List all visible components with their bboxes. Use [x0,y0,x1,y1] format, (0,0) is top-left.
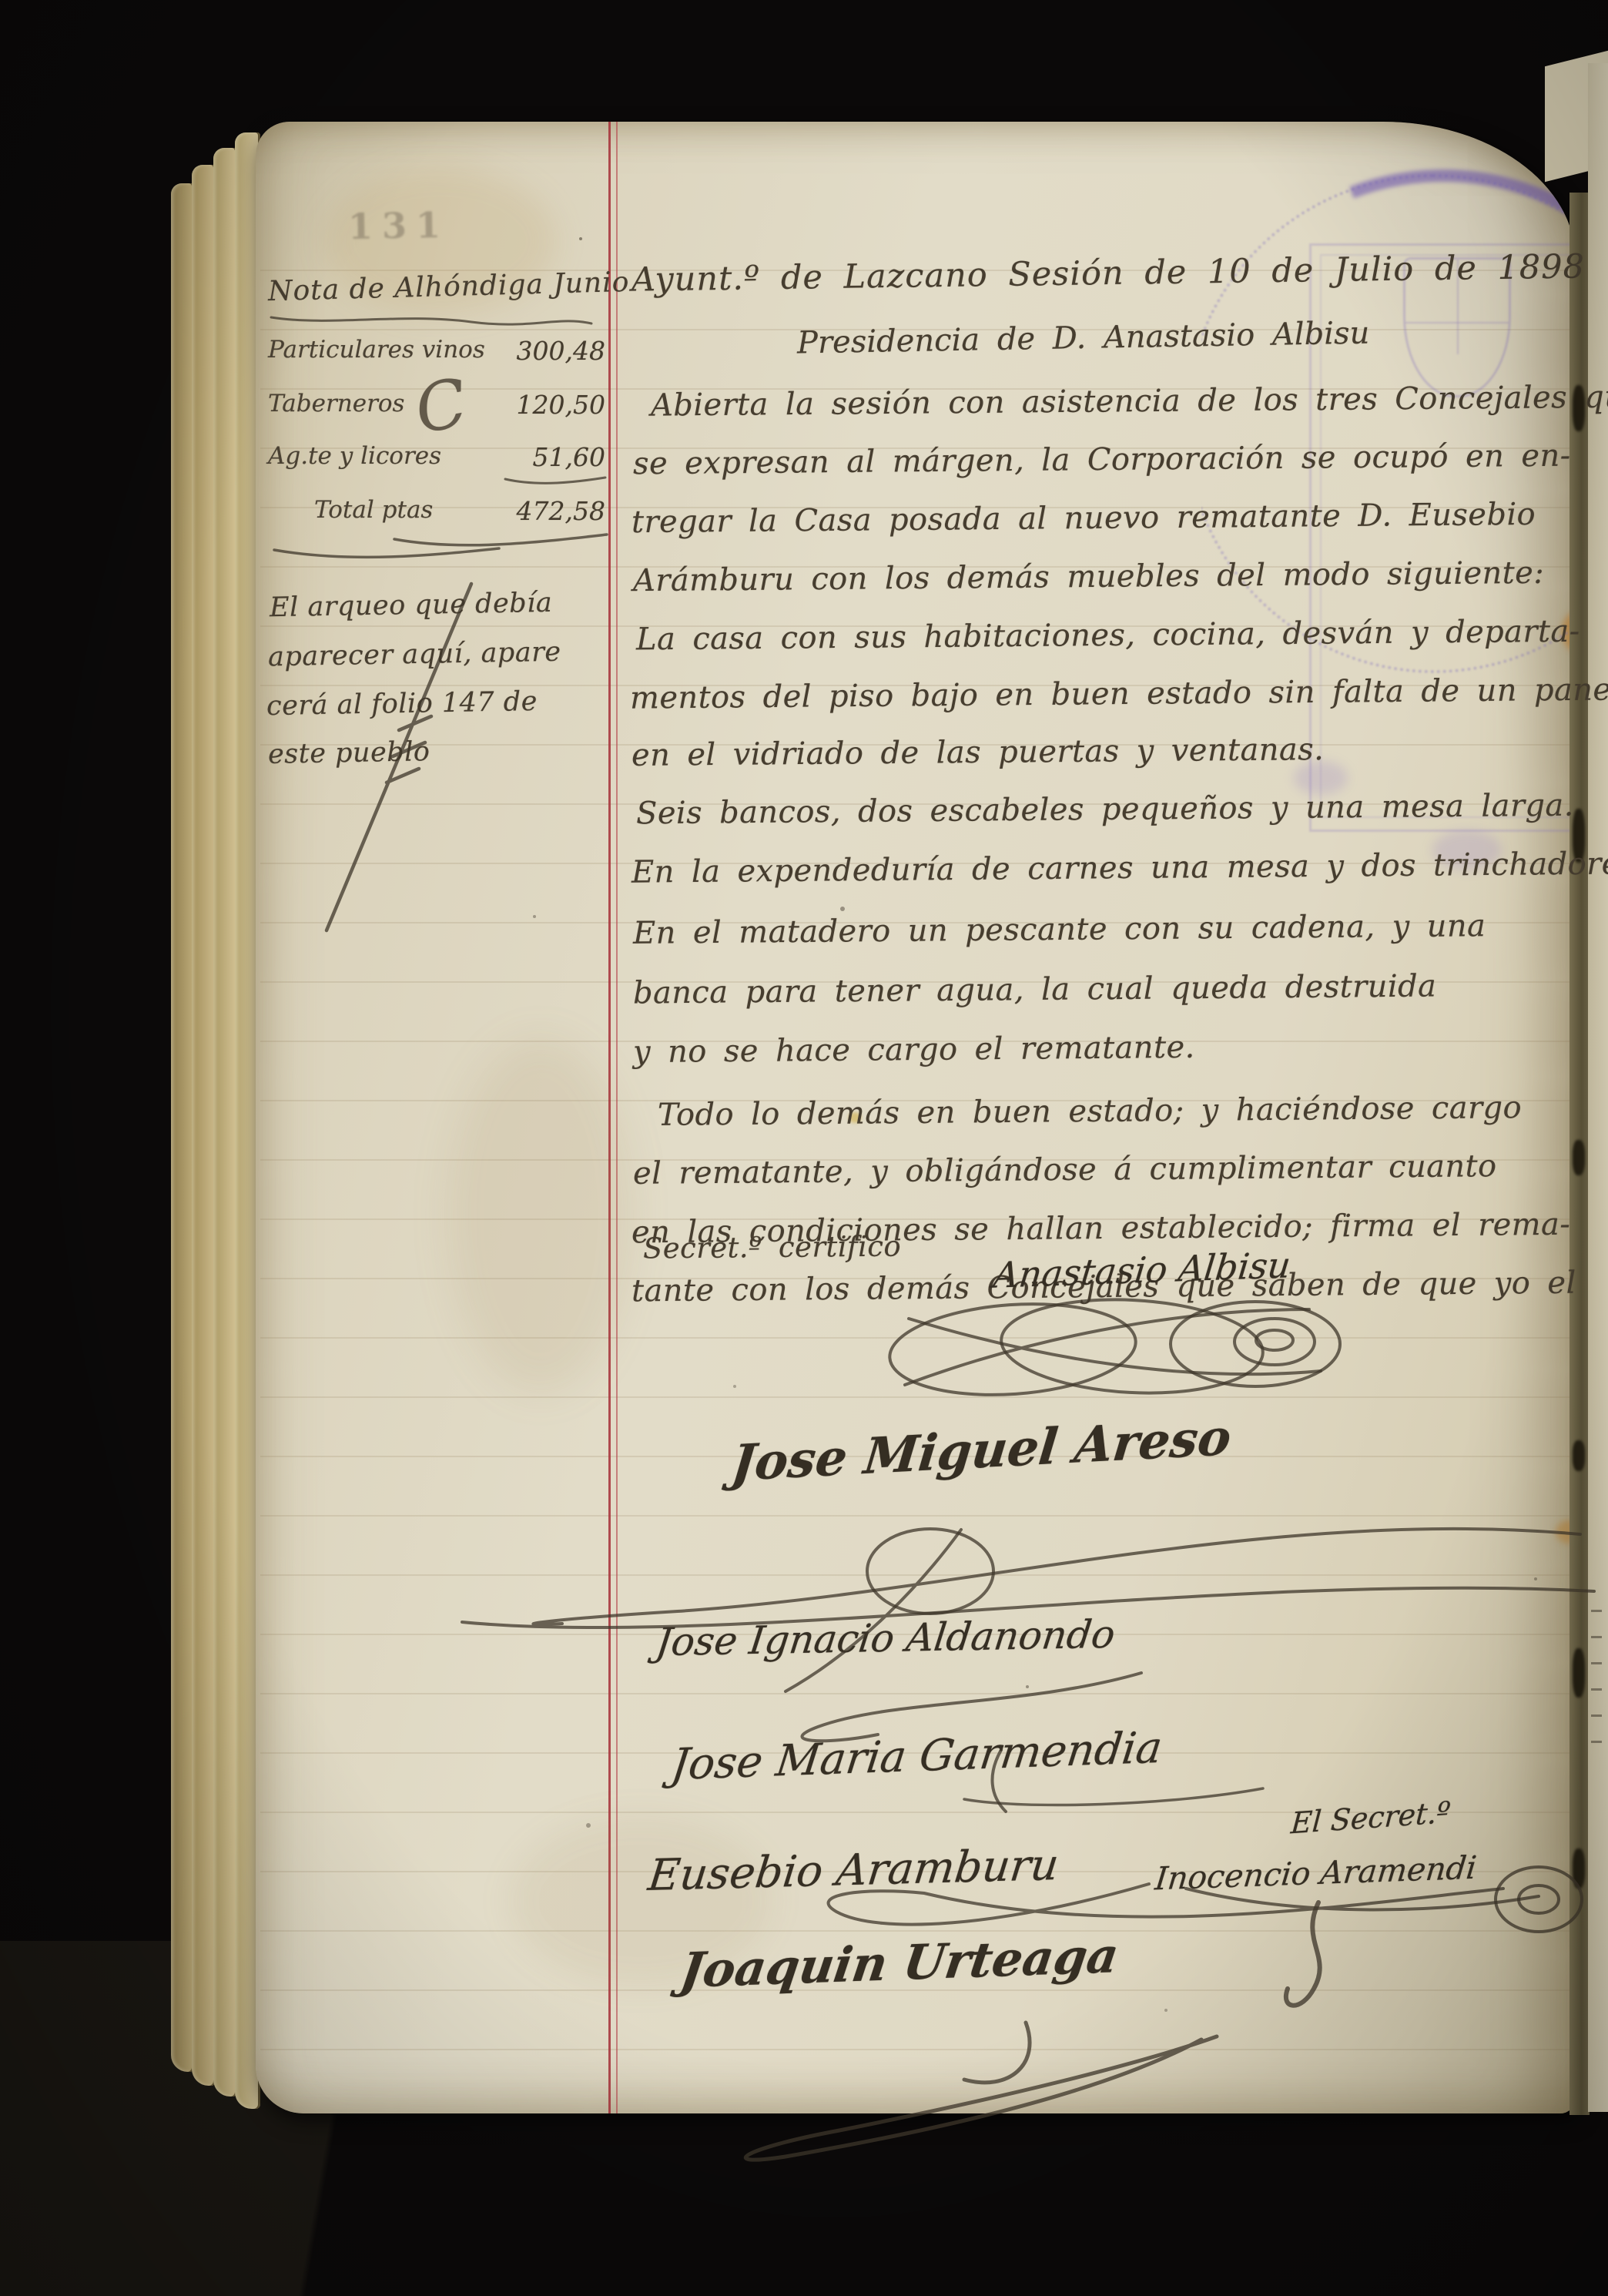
row-value: 51,60 [533,442,605,472]
acta-line: y no se hace cargo el rematante. [633,1030,1195,1070]
margin-note-line: este pueblo [268,736,430,770]
signature-aldanondo: Jose Ignacio Aldanondo [653,1612,1117,1665]
row-value: 120,50 [517,390,605,420]
foxing-specks [579,237,582,240]
margin-summary-row: Ag.te y licores 51,60 [268,442,605,472]
margin-summary-row: Total ptas 472,58 [268,496,605,526]
row-label: Total ptas [268,496,433,526]
page-edge-strip [213,148,237,2097]
row-label: Taberneros [268,390,404,420]
margin-note-line: El arqueo que debía [270,588,553,623]
red-margin-rule [608,122,611,2113]
acta-line: el rematante, y obligándose á cumpliment… [633,1148,1497,1192]
row-value: 472,58 [517,496,605,526]
row-value: 300,48 [517,336,605,366]
row-label: Ag.te y licores [268,442,441,472]
margin-summary-row: Particulares vinos 300,48 [268,336,605,366]
margin-note-line: cerá al folio 147 de [266,686,538,722]
binding-gutter [1569,193,1590,2115]
margin-note-line: aparecer aquí, apare [268,637,561,673]
row-label: Particulares vinos [268,336,485,366]
gutter-blot [1573,1849,1585,1889]
acta-closing: Secret.º certifico [643,1230,901,1265]
page-edge-strip [171,183,194,2072]
gutter-blot [1573,1140,1585,1175]
acta-line: Todo lo demás en buen estado; y haciéndo… [658,1090,1522,1133]
photographed-ledger-page: 131 Nota de Alhóndiga Junio Particulares… [0,0,1608,2296]
facing-page-edge [1588,63,1608,2112]
gutter-blot [1573,1440,1585,1471]
folio-number-stamp: 131 [348,204,451,247]
red-margin-rule-inner [616,122,618,2113]
gutter-blot [1573,1648,1585,1698]
acta-line: banca para tener agua, la cual queda des… [633,968,1437,1011]
acta-line: en el vidriado de las puertas y ventanas… [631,732,1325,773]
acta-line: En el matadero un pescante con su cadena… [633,908,1486,951]
page-edge-strip [192,165,216,2086]
facing-page-ink-marks [1591,1610,1602,1748]
